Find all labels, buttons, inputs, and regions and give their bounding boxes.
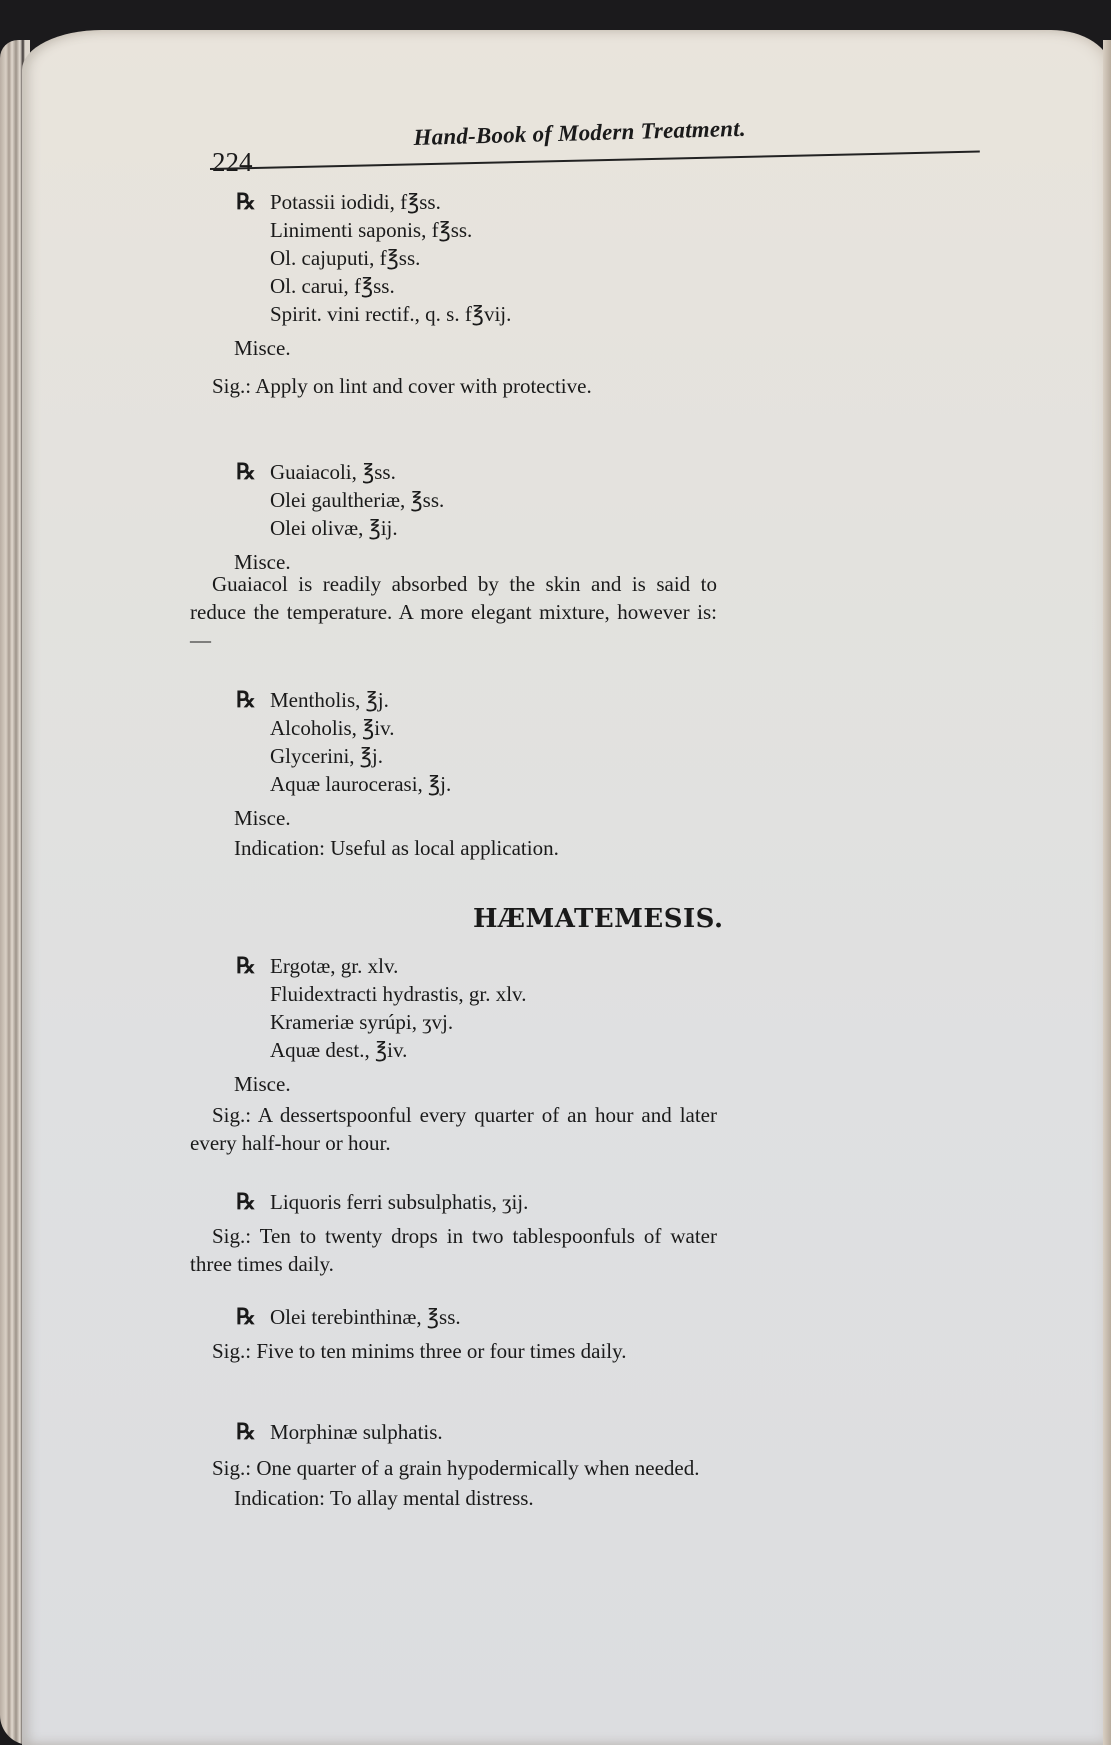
rx-icon: ℞ [236, 686, 256, 714]
ingredient: Krameriæ syrúpi, ʒvj. [270, 1010, 453, 1034]
ingredient: Linimenti saponis, f℥ss. [270, 218, 472, 242]
sig-text: Sig.: Five to ten minims three or four t… [190, 1337, 717, 1365]
rx-icon: ℞ [236, 1188, 256, 1216]
ingredient: Fluidextracti hydrastis, gr. xlv. [270, 982, 526, 1006]
rx-icon: ℞ [236, 952, 256, 980]
misce-label: Misce. [212, 1070, 717, 1100]
prescription-block: ℞ Guaiacoli, ℥ss. Olei gaultheriæ, ℥ss. … [212, 458, 717, 578]
ingredient-line: ℞ Olei terebinthinæ, ℥ss. [212, 1303, 717, 1331]
sig-note: Sig.: Five to ten minims three or four t… [212, 1337, 717, 1365]
ingredient: Potassii iodidi, f℥ss. [270, 190, 441, 214]
rx-icon: ℞ [236, 458, 256, 486]
ingredient-line: Olei gaultheriæ, ℥ss. [212, 486, 717, 514]
ingredient: Ol. cajuputi, f℥ss. [270, 246, 420, 270]
ingredient: Aquæ dest., ℥iv. [270, 1038, 407, 1062]
sig-text: Sig.: One quarter of a grain hypodermica… [190, 1454, 717, 1482]
ingredient-line: Alcoholis, ℥iv. [212, 714, 717, 742]
ingredient-line: Ol. cajuputi, f℥ss. [212, 244, 717, 272]
misce-label: Misce. [212, 334, 717, 364]
ingredient-line: Krameriæ syrúpi, ʒvj. [212, 1008, 717, 1036]
ingredient-line: ℞ Mentholis, ℥j. [212, 686, 717, 714]
ingredient: Mentholis, ℥j. [270, 688, 389, 712]
prescription-block: ℞ Morphinæ sulphatis. [212, 1418, 717, 1446]
prescription-block: ℞ Potassii iodidi, f℥ss. Linimenti sapon… [212, 188, 717, 364]
ingredient: Aquæ laurocerasi, ℥j. [270, 772, 451, 796]
prescription-block: ℞ Liquoris ferri subsulphatis, ʒij. [212, 1188, 717, 1216]
ingredient: Morphinæ sulphatis. [270, 1420, 443, 1444]
ingredient-line: Glycerini, ℥j. [212, 742, 717, 770]
misce-label: Misce. [212, 804, 717, 834]
ingredient-line: Linimenti saponis, f℥ss. [212, 216, 717, 244]
sig-note: Sig.: A dessertspoonful every quarter of… [212, 1101, 717, 1157]
header-rule [210, 151, 980, 170]
prescription-block: ℞ Mentholis, ℥j. Alcoholis, ℥iv. Glyceri… [212, 686, 717, 864]
ingredient: Alcoholis, ℥iv. [270, 716, 395, 740]
rx-icon: ℞ [236, 188, 256, 216]
ingredient-line: Spirit. vini rectif., q. s. f℥vij. [212, 300, 717, 328]
ingredient-line: ℞ Liquoris ferri subsulphatis, ʒij. [212, 1188, 717, 1216]
sig-note: Sig.: Apply on lint and cover with prote… [212, 372, 717, 400]
sig-note: Sig.: Ten to twenty drops in two tablesp… [212, 1222, 717, 1278]
ingredient-line: Aquæ dest., ℥iv. [212, 1036, 717, 1064]
prescription-block: ℞ Ergotæ, gr. xlv. Fluidextracti hydrast… [212, 952, 717, 1100]
running-head: 224 Hand-Book of Modern Treatment. [210, 118, 980, 178]
rx-icon: ℞ [236, 1303, 256, 1331]
ingredient-line: Olei olivæ, ℥ij. [212, 514, 717, 542]
ingredient: Olei terebinthinæ, ℥ss. [270, 1305, 461, 1329]
sig-text: Sig.: Ten to twenty drops in two tablesp… [190, 1222, 717, 1278]
page-content: 224 Hand-Book of Modern Treatment. ℞ Pot… [0, 0, 1111, 1745]
ingredient: Guaiacoli, ℥ss. [270, 460, 396, 484]
running-title: Hand-Book of Modern Treatment. [413, 115, 746, 152]
ingredient-line: Aquæ laurocerasi, ℥j. [212, 770, 717, 798]
ingredient: Ol. carui, f℥ss. [270, 274, 395, 298]
indication-text: Indication: Useful as local application. [212, 834, 717, 864]
sig-text: Sig.: Apply on lint and cover with prote… [190, 372, 717, 400]
page-number: 224 [212, 148, 253, 176]
ingredient-line: Fluidextracti hydrastis, gr. xlv. [212, 980, 717, 1008]
ingredient: Ergotæ, gr. xlv. [270, 954, 398, 978]
note-text: Guaiacol is readily absorbed by the skin… [190, 570, 717, 654]
sig-note: Sig.: One quarter of a grain hypodermica… [212, 1454, 717, 1514]
ingredient: Spirit. vini rectif., q. s. f℥vij. [270, 302, 511, 326]
note-paragraph: Guaiacol is readily absorbed by the skin… [212, 570, 717, 654]
ingredient: Liquoris ferri subsulphatis, ʒij. [270, 1190, 528, 1214]
ingredient: Olei gaultheriæ, ℥ss. [270, 488, 444, 512]
ingredient-line: ℞ Potassii iodidi, f℥ss. [212, 188, 717, 216]
ingredient-line: ℞ Ergotæ, gr. xlv. [212, 952, 717, 980]
indication-text: Indication: To allay mental distress. [212, 1484, 717, 1514]
section-heading: HÆMATEMESIS. [473, 905, 724, 933]
ingredient-line: Ol. carui, f℥ss. [212, 272, 717, 300]
ingredient: Olei olivæ, ℥ij. [270, 516, 398, 540]
prescription-block: ℞ Olei terebinthinæ, ℥ss. [212, 1303, 717, 1331]
sig-text: Sig.: A dessertspoonful every quarter of… [190, 1101, 717, 1157]
ingredient-line: ℞ Morphinæ sulphatis. [212, 1418, 717, 1446]
ingredient: Glycerini, ℥j. [270, 744, 383, 768]
ingredient-line: ℞ Guaiacoli, ℥ss. [212, 458, 717, 486]
rx-icon: ℞ [236, 1418, 256, 1446]
